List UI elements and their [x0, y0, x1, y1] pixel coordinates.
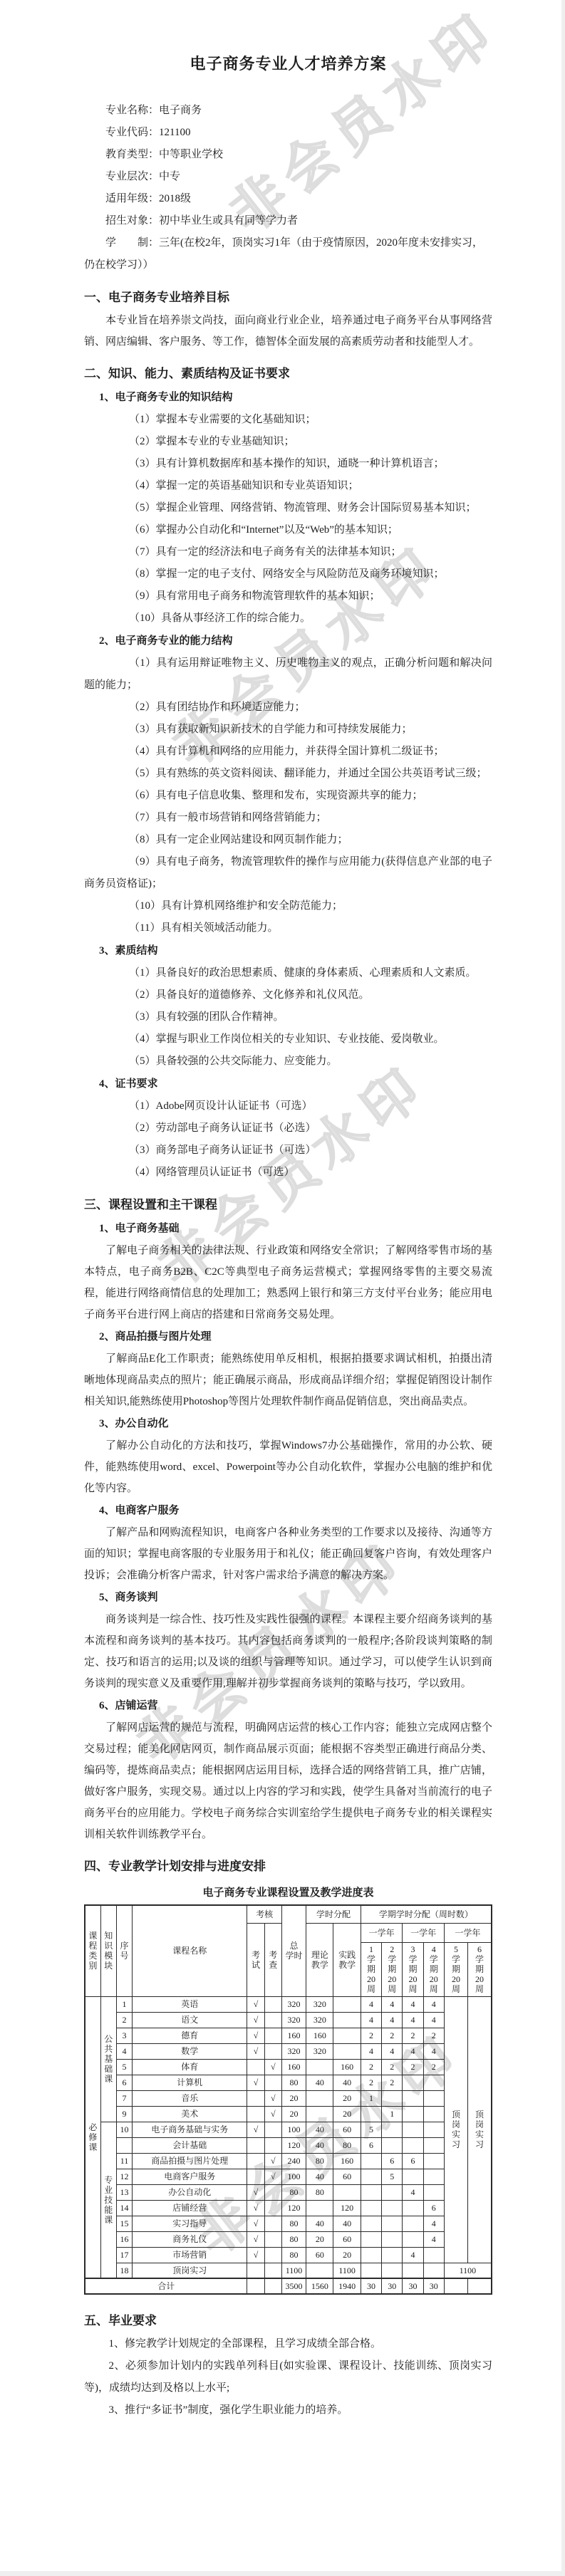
table-cell: 80: [306, 2184, 333, 2200]
list-item: （1）Adobe网页设计认证证书（可选）: [84, 1095, 492, 1117]
list-item: （7）具有一定的经济法和电子商务有关的法律基本知识；: [84, 541, 492, 563]
table-cell: 6: [382, 2153, 403, 2169]
table-cell: 40: [306, 2122, 333, 2137]
section-1-paragraph: 本专业旨在培养崇文尚技，面向商业行业企业，培养通过电子商务平台从事网络营销、网店…: [84, 310, 492, 353]
course-2-paragraph: 了解商品E化工作职责；能熟练使用单反相机，根据拍摄要求调试相机，拍摄出清晰地体现…: [84, 1348, 492, 1412]
table-cell: [403, 2075, 423, 2090]
table-cell: [403, 2106, 423, 2122]
table-cell: 2: [423, 2059, 444, 2075]
document-content: 电子商务专业人才培养方案 专业名称：电子商务 专业代码：121100 教育类型：…: [84, 0, 492, 2421]
table-cell: 30: [403, 2278, 423, 2294]
list-item: （2）掌握本专业的专业基础知识；: [84, 431, 492, 453]
table-cell: 计算机: [133, 2075, 247, 2090]
table-row: 17 市场营销 √ 80 60 20 4: [85, 2247, 492, 2263]
table-cell: 80: [281, 2075, 306, 2090]
meta-line: 学 制：三年(在校2年，顶岗实习1年（由于疫情原因，2020年度未安排实习，仍在…: [84, 232, 492, 276]
table-cell: 40: [306, 2137, 333, 2153]
table-cell: 80: [281, 2216, 306, 2231]
table-cell: 4: [423, 2231, 444, 2247]
table-cell: √: [264, 2169, 281, 2184]
table-cell: 320: [281, 2012, 306, 2028]
list-item: （4）网络管理员认证证书（可选）: [84, 1162, 492, 1184]
table-cell: √: [247, 2028, 264, 2043]
table-cell: 办公自动化: [133, 2184, 247, 2200]
table-cell: [306, 2059, 333, 2075]
table-cell: [361, 2247, 381, 2263]
table-cell: [247, 2106, 264, 2122]
table-cell: [403, 2263, 423, 2278]
table-cell: 实习指导: [133, 2216, 247, 2231]
table-cell: [382, 2122, 403, 2137]
list-item: （6）具有电子信息收集、整理和发布，实现资源共享的能力；: [84, 785, 492, 807]
table-cell: [382, 2263, 403, 2278]
table-cell: 160: [333, 2153, 361, 2169]
course-1-heading: 1、电子商务基础: [84, 1217, 492, 1240]
list-item: （11）具有相关领域活动能力。: [84, 917, 492, 939]
table-row: 15 实习指导 √ 80 40 40 4: [85, 2216, 492, 2231]
table-cell: [423, 2153, 444, 2169]
table-cell: 120: [281, 2200, 306, 2216]
header-year-1: 一学年: [361, 1923, 403, 1942]
table-row: 13 办公自动化 √ 80 80 4: [85, 2184, 492, 2200]
list-item: （5）掌握企业管理、网络营销、物流管理、财务会计国际贸易基本知识；: [84, 497, 492, 519]
table-cell: √: [247, 2247, 264, 2263]
table-cell: [306, 2090, 333, 2106]
course-4-paragraph: 了解产品和网购流程知识，电商客户各种业务类型的工作要求以及接待、沟通等方面的知识…: [84, 1522, 492, 1586]
table-cell: [403, 2169, 423, 2184]
table-cell: 160: [333, 2059, 361, 2075]
table-cell: [333, 2028, 361, 2043]
table-cell: 20: [281, 2090, 306, 2106]
table-cell: [382, 2090, 403, 2106]
list-item: （3）商务部电子商务认证证书（可选）: [84, 1140, 492, 1162]
list-item: （3）具有获取新知识新技术的自学能力和可持续发展能力；: [84, 719, 492, 741]
table-cell: 2: [361, 2075, 381, 2090]
table-cell: [264, 2075, 281, 2090]
table-cell: 20: [333, 2106, 361, 2122]
header-total-hours: 总 学时: [281, 1905, 306, 1996]
table-cell: 2: [403, 2059, 423, 2075]
table-cell: 80: [281, 2231, 306, 2247]
table-cell: [423, 2090, 444, 2106]
course-3-heading: 3、办公自动化: [84, 1412, 492, 1435]
table-cell: [247, 2278, 264, 2294]
table-cell: 电子商务基础与实务: [133, 2122, 247, 2137]
table-cell: 100: [281, 2169, 306, 2184]
list-item: （1）具有运用辩证唯物主义、历史唯物主义的观点，正确分析问题和解决问题的能力；: [84, 652, 492, 697]
category-required-cell: 必 修 课: [85, 1996, 100, 2278]
table-row: 5 体育 √ 160 160 2 2 2 2: [85, 2059, 492, 2075]
table-cell: 6: [403, 2153, 423, 2169]
table-cell: [264, 2247, 281, 2263]
table-cell: √: [247, 2184, 264, 2200]
course-3-paragraph: 了解办公自动化的方法和技巧，掌握Windows7办公基础操作，常用的办公软、硬件…: [84, 1435, 492, 1499]
header-semester-3: 3 学 期 20 周: [403, 1942, 423, 1996]
table-row: 16 商务礼仪 √ 80 20 60 4: [85, 2231, 492, 2247]
table-cell: [264, 2122, 281, 2137]
module-public-base-cell: 公 共 基 础 课: [100, 1996, 116, 2122]
table-cell: 店铺经营: [133, 2200, 247, 2216]
list-item: （8）具有一定企业网站建设和网页制作能力；: [84, 829, 492, 851]
table-cell: 320: [306, 1996, 333, 2012]
header-semester-4: 4 学 期 20 周: [423, 1942, 444, 1996]
list-item: （7）具有一般市场营销和网络营销能力；: [84, 807, 492, 829]
table-cell: √: [264, 2059, 281, 2075]
header-semester-1: 1 学 期 20 周: [361, 1942, 381, 1996]
table-cell: 2: [382, 2075, 403, 2090]
list-item: （5）具备较强的公共交际能力、应变能力。: [84, 1050, 492, 1073]
table-cell: [116, 2137, 132, 2153]
header-index: 序 号: [116, 1905, 132, 1996]
table-cell: [382, 2216, 403, 2231]
table-cell: [403, 2200, 423, 2216]
document-title: 电子商务专业人才培养方案: [84, 0, 492, 74]
table-cell: 3: [116, 2028, 132, 2043]
table-cell: √: [264, 2153, 281, 2169]
table-cell: 60: [333, 2122, 361, 2137]
table-cell: 4: [423, 2043, 444, 2059]
table-cell: [403, 2090, 423, 2106]
list-item: （10）具备从事经济工作的综合能力。: [84, 608, 492, 630]
table-total-row: 合计 3500 1560 1940 30 30 30 30: [85, 2278, 492, 2294]
table-cell: 4: [403, 1996, 423, 2012]
table-cell: 17: [116, 2247, 132, 2263]
table-cell: 40: [306, 2169, 333, 2184]
table-cell: 320: [306, 2043, 333, 2059]
table-row: 必 修 课 公 共 基 础 课 1 英语 √ 320 320 4 4 4 4 顶…: [85, 1996, 492, 2012]
table-cell: 11: [116, 2153, 132, 2169]
header-year-3: 一学年: [444, 1923, 492, 1942]
table-cell: [264, 2028, 281, 2043]
table-cell: [382, 2231, 403, 2247]
header-course-name: 课程名称: [133, 1905, 247, 1996]
header-exam: 考 试: [247, 1923, 264, 1996]
header-hour-allocation: 学时分配: [306, 1905, 361, 1923]
table-cell: [403, 2231, 423, 2247]
table-cell: 数学: [133, 2043, 247, 2059]
section-1-heading: 一、电子商务专业培养目标: [84, 286, 492, 310]
table-cell: 4: [403, 2247, 423, 2263]
table-cell: 13: [116, 2184, 132, 2200]
table-cell: √: [247, 1996, 264, 2012]
table-cell: 9: [116, 2106, 132, 2122]
schedule-table-title: 电子商务专业课程设置及教学进度表: [84, 1884, 492, 1902]
table-cell: 12: [116, 2169, 132, 2184]
header-year-2: 一学年: [403, 1923, 445, 1942]
table-cell: 120: [281, 2137, 306, 2153]
table-cell: 40: [306, 2216, 333, 2231]
table-cell: 18: [116, 2263, 132, 2278]
table-cell: [306, 2106, 333, 2122]
course-6-paragraph: 了解网店运营的规范与流程，明确网店运营的核心工作内容；能独立完成网店整个交易过程…: [84, 1717, 492, 1845]
table-cell: [423, 2137, 444, 2153]
course-2-heading: 2、商品拍摄与图片处理: [84, 1325, 492, 1348]
table-row: 2 语文 √ 320 320 4 4 4 4: [85, 2012, 492, 2028]
list-item: （1）具备良好的政治思想素质、健康的身体素质、心理素质和人文素质。: [84, 962, 492, 984]
table-cell: 5: [116, 2059, 132, 2075]
table-cell: [333, 2043, 361, 2059]
list-item: （4）掌握一定的英语基础知识和专业英语知识；: [84, 475, 492, 497]
table-cell: 顶岗实习: [133, 2263, 247, 2278]
table-cell: [333, 1996, 361, 2012]
table-cell: 16: [116, 2231, 132, 2247]
table-cell: [468, 2278, 492, 2294]
table-cell: [306, 2263, 333, 2278]
table-cell: 20: [333, 2247, 361, 2263]
section-4-heading: 四、专业教学计划安排与进度安排: [84, 1855, 492, 1879]
table-cell: 4: [361, 2043, 381, 2059]
table-row: 12 电商客户服务 √ 100 40 60 5: [85, 2169, 492, 2184]
table-cell: 320: [281, 2043, 306, 2059]
table-cell: 2: [361, 2028, 381, 2043]
table-cell: 160: [306, 2028, 333, 2043]
table-cell: 240: [281, 2153, 306, 2169]
table-cell: 会计基础: [133, 2137, 247, 2153]
table-cell: [361, 2184, 381, 2200]
list-item: （4）具有计算机和网络的应用能力，并获得全国计算机二级证书；: [84, 741, 492, 763]
table-cell: √: [247, 2200, 264, 2216]
table-cell: [382, 2137, 403, 2153]
table-cell: √: [247, 2216, 264, 2231]
table-cell: [423, 2184, 444, 2200]
table-cell: 4: [423, 1996, 444, 2012]
header-semester-5: 5 学 期 20 周: [444, 1942, 467, 1996]
table-cell: [247, 2263, 264, 2278]
table-cell: 80: [306, 2153, 333, 2169]
module-professional-cell: 专 业 技 能 课: [100, 2122, 116, 2278]
table-cell: √: [247, 2122, 264, 2137]
table-row: 3 德育 √ 160 160 2 2 2 2: [85, 2028, 492, 2043]
table-cell: 语文: [133, 2012, 247, 2028]
table-cell: 商务礼仪: [133, 2231, 247, 2247]
table-cell: 320: [306, 2012, 333, 2028]
table-cell: 30: [361, 2278, 381, 2294]
table-cell: 20: [306, 2231, 333, 2247]
table-cell: 1: [361, 2090, 381, 2106]
list-item: （1）掌握本专业需要的文化基础知识；: [84, 409, 492, 431]
table-cell: 160: [281, 2028, 306, 2043]
total-label-cell: 合计: [85, 2278, 247, 2294]
course-schedule-table: 课 程 类 别 知 识 模 块 序 号 课程名称 考核 总 学时 学时分配 学期…: [84, 1904, 492, 2295]
table-cell: [361, 2263, 381, 2278]
table-cell: [423, 2075, 444, 2090]
table-cell: [403, 2122, 423, 2137]
table-cell: 40: [306, 2075, 333, 2090]
table-row: 4 数学 √ 320 320 4 4 4 4: [85, 2043, 492, 2059]
meta-line: 适用年级：2018级: [84, 188, 492, 210]
table-cell: 3500: [281, 2278, 306, 2294]
table-cell: 4: [382, 2043, 403, 2059]
table-cell: 1100: [281, 2263, 306, 2278]
table-cell: 德育: [133, 2028, 247, 2043]
table-cell: 60: [333, 2169, 361, 2184]
table-cell: 5: [361, 2122, 381, 2137]
list-item: 1、修完教学计划规定的全部课程，且学习成绩全部合格。: [84, 2333, 492, 2355]
section-3-heading: 三、课程设置和主干课程: [84, 1193, 492, 1217]
table-cell: 1: [116, 1996, 132, 2012]
table-cell: 商品拍摄与图片处理: [133, 2153, 247, 2169]
table-cell: 4: [423, 2216, 444, 2231]
internship-total-cell: 1100: [444, 2263, 492, 2278]
table-cell: 80: [281, 2184, 306, 2200]
table-cell: 60: [333, 2231, 361, 2247]
table-cell: 音乐: [133, 2090, 247, 2106]
table-cell: [264, 2216, 281, 2231]
table-cell: [361, 2106, 381, 2122]
meta-line: 专业层次：中专: [84, 166, 492, 188]
table-cell: 20: [281, 2106, 306, 2122]
header-check: 考 查: [264, 1923, 281, 1996]
header-assessment: 考核: [247, 1905, 281, 1923]
list-item: （10）具有计算机网络维护和安全防范能力；: [84, 895, 492, 917]
list-item: （9）具有电子商务，物流管理软件的操作与应用能力(获得信息产业部的电子商务员资格…: [84, 851, 492, 895]
table-cell: [423, 2169, 444, 2184]
table-cell: [361, 2216, 381, 2231]
list-item: （3）具有计算机数据库和基本操作的知识，通晓一种计算机语言；: [84, 453, 492, 475]
table-cell: 5: [382, 2169, 403, 2184]
table-row: 14 店铺经营 √ 120 120 6: [85, 2200, 492, 2216]
list-item: 2、必须参加计划内的实践单列科目(如实验课、课程设计、技能训练、顶岗实习等)，成…: [84, 2355, 492, 2399]
table-cell: √: [247, 2075, 264, 2090]
header-semester-allocation: 学期学时分配（周时数）: [361, 1905, 492, 1923]
table-cell: √: [247, 2043, 264, 2059]
table-cell: [382, 2184, 403, 2200]
table-cell: 160: [281, 2059, 306, 2075]
table-cell: [444, 2278, 467, 2294]
table-cell: 2: [382, 2028, 403, 2043]
table-cell: 4: [403, 2043, 423, 2059]
table-cell: 30: [382, 2278, 403, 2294]
table-cell: [306, 2200, 333, 2216]
course-1-paragraph: 了解电子商务相关的法律法规、行业政策和网络安全常识；了解网络零售市场的基本特点，…: [84, 1240, 492, 1325]
table-row: 7 音乐 √ 20 20 1: [85, 2090, 492, 2106]
list-item: （2）具有团结协作和环境适应能力；: [84, 697, 492, 719]
table-cell: 40: [333, 2216, 361, 2231]
table-cell: 市场营销: [133, 2247, 247, 2263]
document-page: 非会员水印 非会员水印 非会员水印 非会员水印 非会员水印 电子商务专业人才培养…: [0, 0, 565, 2576]
table-row: 6 计算机 √ 80 40 40 2 2: [85, 2075, 492, 2090]
table-cell: [423, 2122, 444, 2137]
internship-sem6-cell: 顶 岗 实 习: [468, 1996, 492, 2263]
table-row: 18 顶岗实习 1100 1100 1100: [85, 2263, 492, 2278]
table-cell: 60: [306, 2247, 333, 2263]
course-5-paragraph: 商务谈判是一综合性、技巧性及实践性很强的课程。本课程主要介绍商务谈判的基本流程和…: [84, 1609, 492, 1694]
table-cell: 6: [116, 2075, 132, 2090]
table-cell: [247, 2137, 264, 2153]
meta-line: 招生对象：初中毕业生或具有同等学力者: [84, 210, 492, 232]
list-item: （3）具有较强的团队合作精神。: [84, 1006, 492, 1028]
ability-structure-heading: 2、电子商务专业的能力结构: [84, 630, 492, 652]
table-cell: 1100: [333, 2263, 361, 2278]
list-item: （2）劳动部电子商务认证证书（必选）: [84, 1117, 492, 1140]
table-cell: 10: [116, 2122, 132, 2137]
table-cell: 1: [382, 2106, 403, 2122]
table-cell: 4: [116, 2043, 132, 2059]
meta-line: 专业名称：电子商务: [84, 100, 492, 122]
header-semester-2: 2 学 期 20 周: [382, 1942, 403, 1996]
table-cell: [247, 2169, 264, 2184]
table-cell: 电商客户服务: [133, 2169, 247, 2184]
table-cell: [382, 2247, 403, 2263]
table-cell: 7: [116, 2090, 132, 2106]
table-row: 9 美术 √ 20 20 1: [85, 2106, 492, 2122]
list-item: 3、推行“多证书”制度，强化学生职业能力的培养。: [84, 2399, 492, 2421]
table-cell: 4: [382, 1996, 403, 2012]
table-cell: [403, 2216, 423, 2231]
table-cell: 6: [361, 2137, 381, 2153]
meta-block: 专业名称：电子商务 专业代码：121100 教育类型：中等职业学校 专业层次：中…: [84, 100, 492, 276]
table-cell: [264, 2043, 281, 2059]
page-bottom-edge: [0, 2571, 565, 2576]
table-cell: 体育: [133, 2059, 247, 2075]
page-right-edge: [561, 0, 565, 2576]
table-cell: 320: [281, 1996, 306, 2012]
table-cell: [247, 2153, 264, 2169]
table-cell: 4: [403, 2184, 423, 2200]
table-cell: [423, 2106, 444, 2122]
table-cell: [264, 2012, 281, 2028]
table-cell: [361, 2231, 381, 2247]
table-cell: [264, 2278, 281, 2294]
table-cell: 20: [333, 2090, 361, 2106]
table-cell: 120: [333, 2200, 361, 2216]
table-cell: 4: [361, 1996, 381, 2012]
header-module: 知 识 模 块: [100, 1905, 116, 1996]
course-6-heading: 6、店铺运营: [84, 1694, 492, 1717]
table-cell: 80: [333, 2137, 361, 2153]
table-cell: [423, 2263, 444, 2278]
header-semester-6: 6 学 期 20 周: [468, 1942, 492, 1996]
table-cell: 14: [116, 2200, 132, 2216]
table-cell: 30: [423, 2278, 444, 2294]
table-cell: 2: [382, 2059, 403, 2075]
table-cell: 80: [281, 2247, 306, 2263]
table-cell: [247, 2090, 264, 2106]
table-cell: 6: [423, 2200, 444, 2216]
table-cell: [361, 2153, 381, 2169]
table-cell: 40: [333, 2075, 361, 2090]
table-cell: [264, 2200, 281, 2216]
table-cell: [264, 2137, 281, 2153]
section-5-heading: 五、毕业要求: [84, 2309, 492, 2333]
table-row: 会计基础 120 40 80 6: [85, 2137, 492, 2153]
table-cell: 2: [423, 2028, 444, 2043]
list-item: （5）具有熟练的英文资料阅读、翻译能力，并通过全国公共英语考试三级；: [84, 763, 492, 785]
table-cell: [264, 2231, 281, 2247]
table-cell: √: [264, 2106, 281, 2122]
table-cell: [247, 2059, 264, 2075]
table-cell: [423, 2247, 444, 2263]
certificate-requirements-heading: 4、证书要求: [84, 1073, 492, 1095]
meta-line: 专业代码：121100: [84, 122, 492, 144]
quality-structure-heading: 3、素质结构: [84, 939, 492, 962]
table-cell: 15: [116, 2216, 132, 2231]
table-cell: [264, 2263, 281, 2278]
table-cell: 4: [403, 2012, 423, 2028]
table-cell: √: [247, 2012, 264, 2028]
table-cell: 4: [361, 2012, 381, 2028]
course-5-heading: 5、商务谈判: [84, 1586, 492, 1609]
table-cell: [264, 2184, 281, 2200]
header-theory: 理论 教学: [306, 1923, 333, 1996]
table-cell: 2: [116, 2012, 132, 2028]
table-cell: [333, 2012, 361, 2028]
list-item: （9）具有常用电子商务和物流管理软件的基本知识；: [84, 585, 492, 608]
table-row: 专 业 技 能 课 10 电子商务基础与实务 √ 100 40 60 5: [85, 2122, 492, 2137]
table-cell: [361, 2200, 381, 2216]
table-cell: [333, 2184, 361, 2200]
table-cell: 4: [423, 2012, 444, 2028]
